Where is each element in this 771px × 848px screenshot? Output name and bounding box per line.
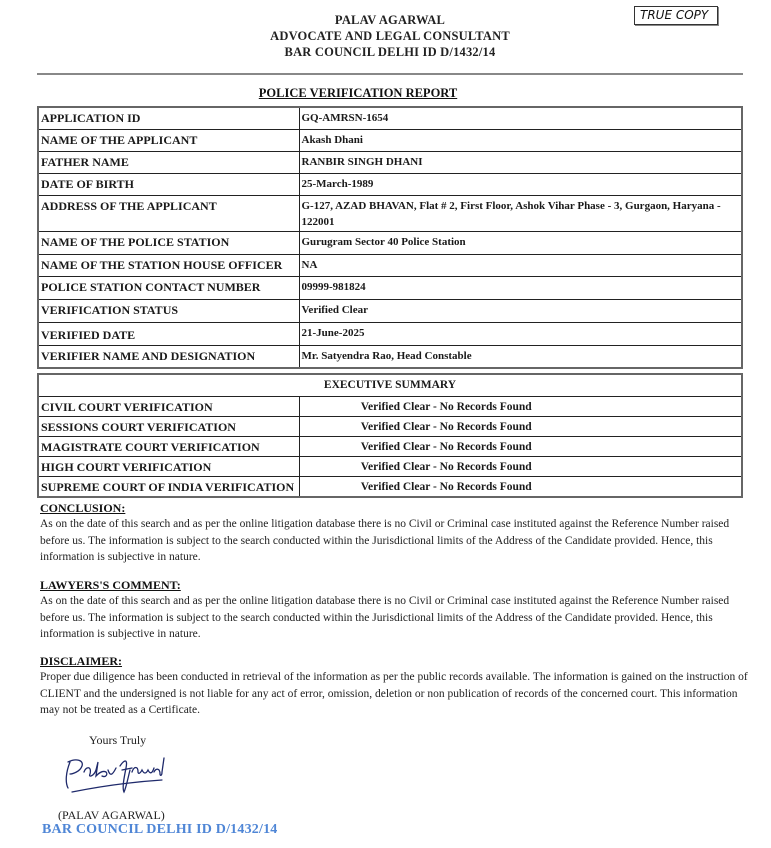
court-label: CIVIL COURT VERIFICATION (38, 396, 299, 416)
row-value: Akash Dhani (299, 129, 742, 151)
table-row: NAME OF THE APPLICANT Akash Dhani (38, 129, 742, 151)
footer-bar-council-id: BAR COUNCIL DELHI ID D/1432/14 (42, 822, 277, 838)
row-label: NAME OF THE APPLICANT (38, 129, 299, 151)
table-row: SESSIONS COURT VERIFICATION Verified Cle… (38, 416, 742, 436)
header-divider (37, 73, 743, 75)
table-row: SUPREME COURT OF INDIA VERIFICATION Veri… (38, 476, 742, 497)
lawyers-comment-text: As on the date of this search and as per… (40, 593, 755, 643)
summary-header-row: EXECUTIVE SUMMARY (38, 374, 742, 396)
row-label: POLICE STATION CONTACT NUMBER (38, 276, 299, 299)
table-row: VERIFIED DATE 21-June-2025 (38, 322, 742, 345)
report-title-text: POLICE VERIFICATION REPORT (259, 86, 457, 100)
court-status: Verified Clear - No Records Found (299, 396, 742, 416)
row-value: GQ-AMRSN-1654 (299, 107, 742, 129)
advocate-title: ADVOCATE AND LEGAL CONSULTANT (0, 28, 771, 44)
row-label: FATHER NAME (38, 151, 299, 173)
table-row: MAGISTRATE COURT VERIFICATION Verified C… (38, 436, 742, 456)
row-value: RANBIR SINGH DHANI (299, 151, 742, 173)
true-copy-stamp: TRUE COPY (634, 6, 718, 25)
row-value: Gurugram Sector 40 Police Station (299, 231, 742, 254)
conclusion-text: As on the date of this search and as per… (40, 516, 755, 566)
court-status: Verified Clear - No Records Found (299, 456, 742, 476)
lawyers-comment-heading: LAWYERS'S COMMENT: (40, 577, 760, 593)
lawyers-comment-section: LAWYERS'S COMMENT: As on the date of thi… (40, 577, 760, 643)
table-row: VERIFICATION STATUS Verified Clear (38, 299, 742, 322)
row-label: VERIFIED DATE (38, 322, 299, 345)
table-row: ADDRESS OF THE APPLICANT G-127, AZAD BHA… (38, 195, 742, 231)
conclusion-section: CONCLUSION: As on the date of this searc… (40, 500, 760, 566)
bar-council-id: BAR COUNCIL DELHI ID D/1432/14 (0, 44, 771, 60)
court-status: Verified Clear - No Records Found (299, 416, 742, 436)
applicant-details-table: APPLICATION ID GQ-AMRSN-1654 NAME OF THE… (37, 106, 743, 369)
table-row: VERIFIER NAME AND DESIGNATION Mr. Satyen… (38, 345, 742, 368)
table-row: NAME OF THE POLICE STATION Gurugram Sect… (38, 231, 742, 254)
disclaimer-text: Proper due diligence has been conducted … (40, 669, 755, 719)
court-status: Verified Clear - No Records Found (299, 476, 742, 497)
court-label: MAGISTRATE COURT VERIFICATION (38, 436, 299, 456)
row-value: G-127, AZAD BHAVAN, Flat # 2, First Floo… (299, 195, 742, 231)
summary-heading: EXECUTIVE SUMMARY (38, 374, 742, 396)
row-value: NA (299, 254, 742, 276)
row-value: 25-March-1989 (299, 173, 742, 195)
row-value: 09999-981824 (299, 276, 742, 299)
court-label: HIGH COURT VERIFICATION (38, 456, 299, 476)
row-value: Mr. Satyendra Rao, Head Constable (299, 345, 742, 368)
court-status: Verified Clear - No Records Found (299, 436, 742, 456)
signer-name: (PALAV AGARWAL) (58, 808, 165, 823)
table-row: HIGH COURT VERIFICATION Verified Clear -… (38, 456, 742, 476)
row-label: NAME OF THE POLICE STATION (38, 231, 299, 254)
court-label: SUPREME COURT OF INDIA VERIFICATION (38, 476, 299, 497)
court-label: SESSIONS COURT VERIFICATION (38, 416, 299, 436)
executive-summary-table: EXECUTIVE SUMMARY CIVIL COURT VERIFICATI… (37, 373, 743, 498)
row-value: 21-June-2025 (299, 322, 742, 345)
row-label: NAME OF THE STATION HOUSE OFFICER (38, 254, 299, 276)
table-row: POLICE STATION CONTACT NUMBER 09999-9818… (38, 276, 742, 299)
row-label: DATE OF BIRTH (38, 173, 299, 195)
table-row: DATE OF BIRTH 25-March-1989 (38, 173, 742, 195)
row-label: VERIFICATION STATUS (38, 299, 299, 322)
row-label: VERIFIER NAME AND DESIGNATION (38, 345, 299, 368)
conclusion-heading: CONCLUSION: (40, 500, 760, 516)
table-row: NAME OF THE STATION HOUSE OFFICER NA (38, 254, 742, 276)
table-row: APPLICATION ID GQ-AMRSN-1654 (38, 107, 742, 129)
row-label: ADDRESS OF THE APPLICANT (38, 195, 299, 231)
signature-image (62, 752, 172, 798)
row-value: Verified Clear (299, 299, 742, 322)
report-title: POLICE VERIFICATION REPORT (0, 82, 716, 101)
disclaimer-heading: DISCLAIMER: (40, 653, 760, 669)
salutation: Yours Truly (89, 733, 146, 748)
row-label: APPLICATION ID (38, 107, 299, 129)
table-row: FATHER NAME RANBIR SINGH DHANI (38, 151, 742, 173)
table-row: CIVIL COURT VERIFICATION Verified Clear … (38, 396, 742, 416)
disclaimer-section: DISCLAIMER: Proper due diligence has bee… (40, 653, 760, 719)
